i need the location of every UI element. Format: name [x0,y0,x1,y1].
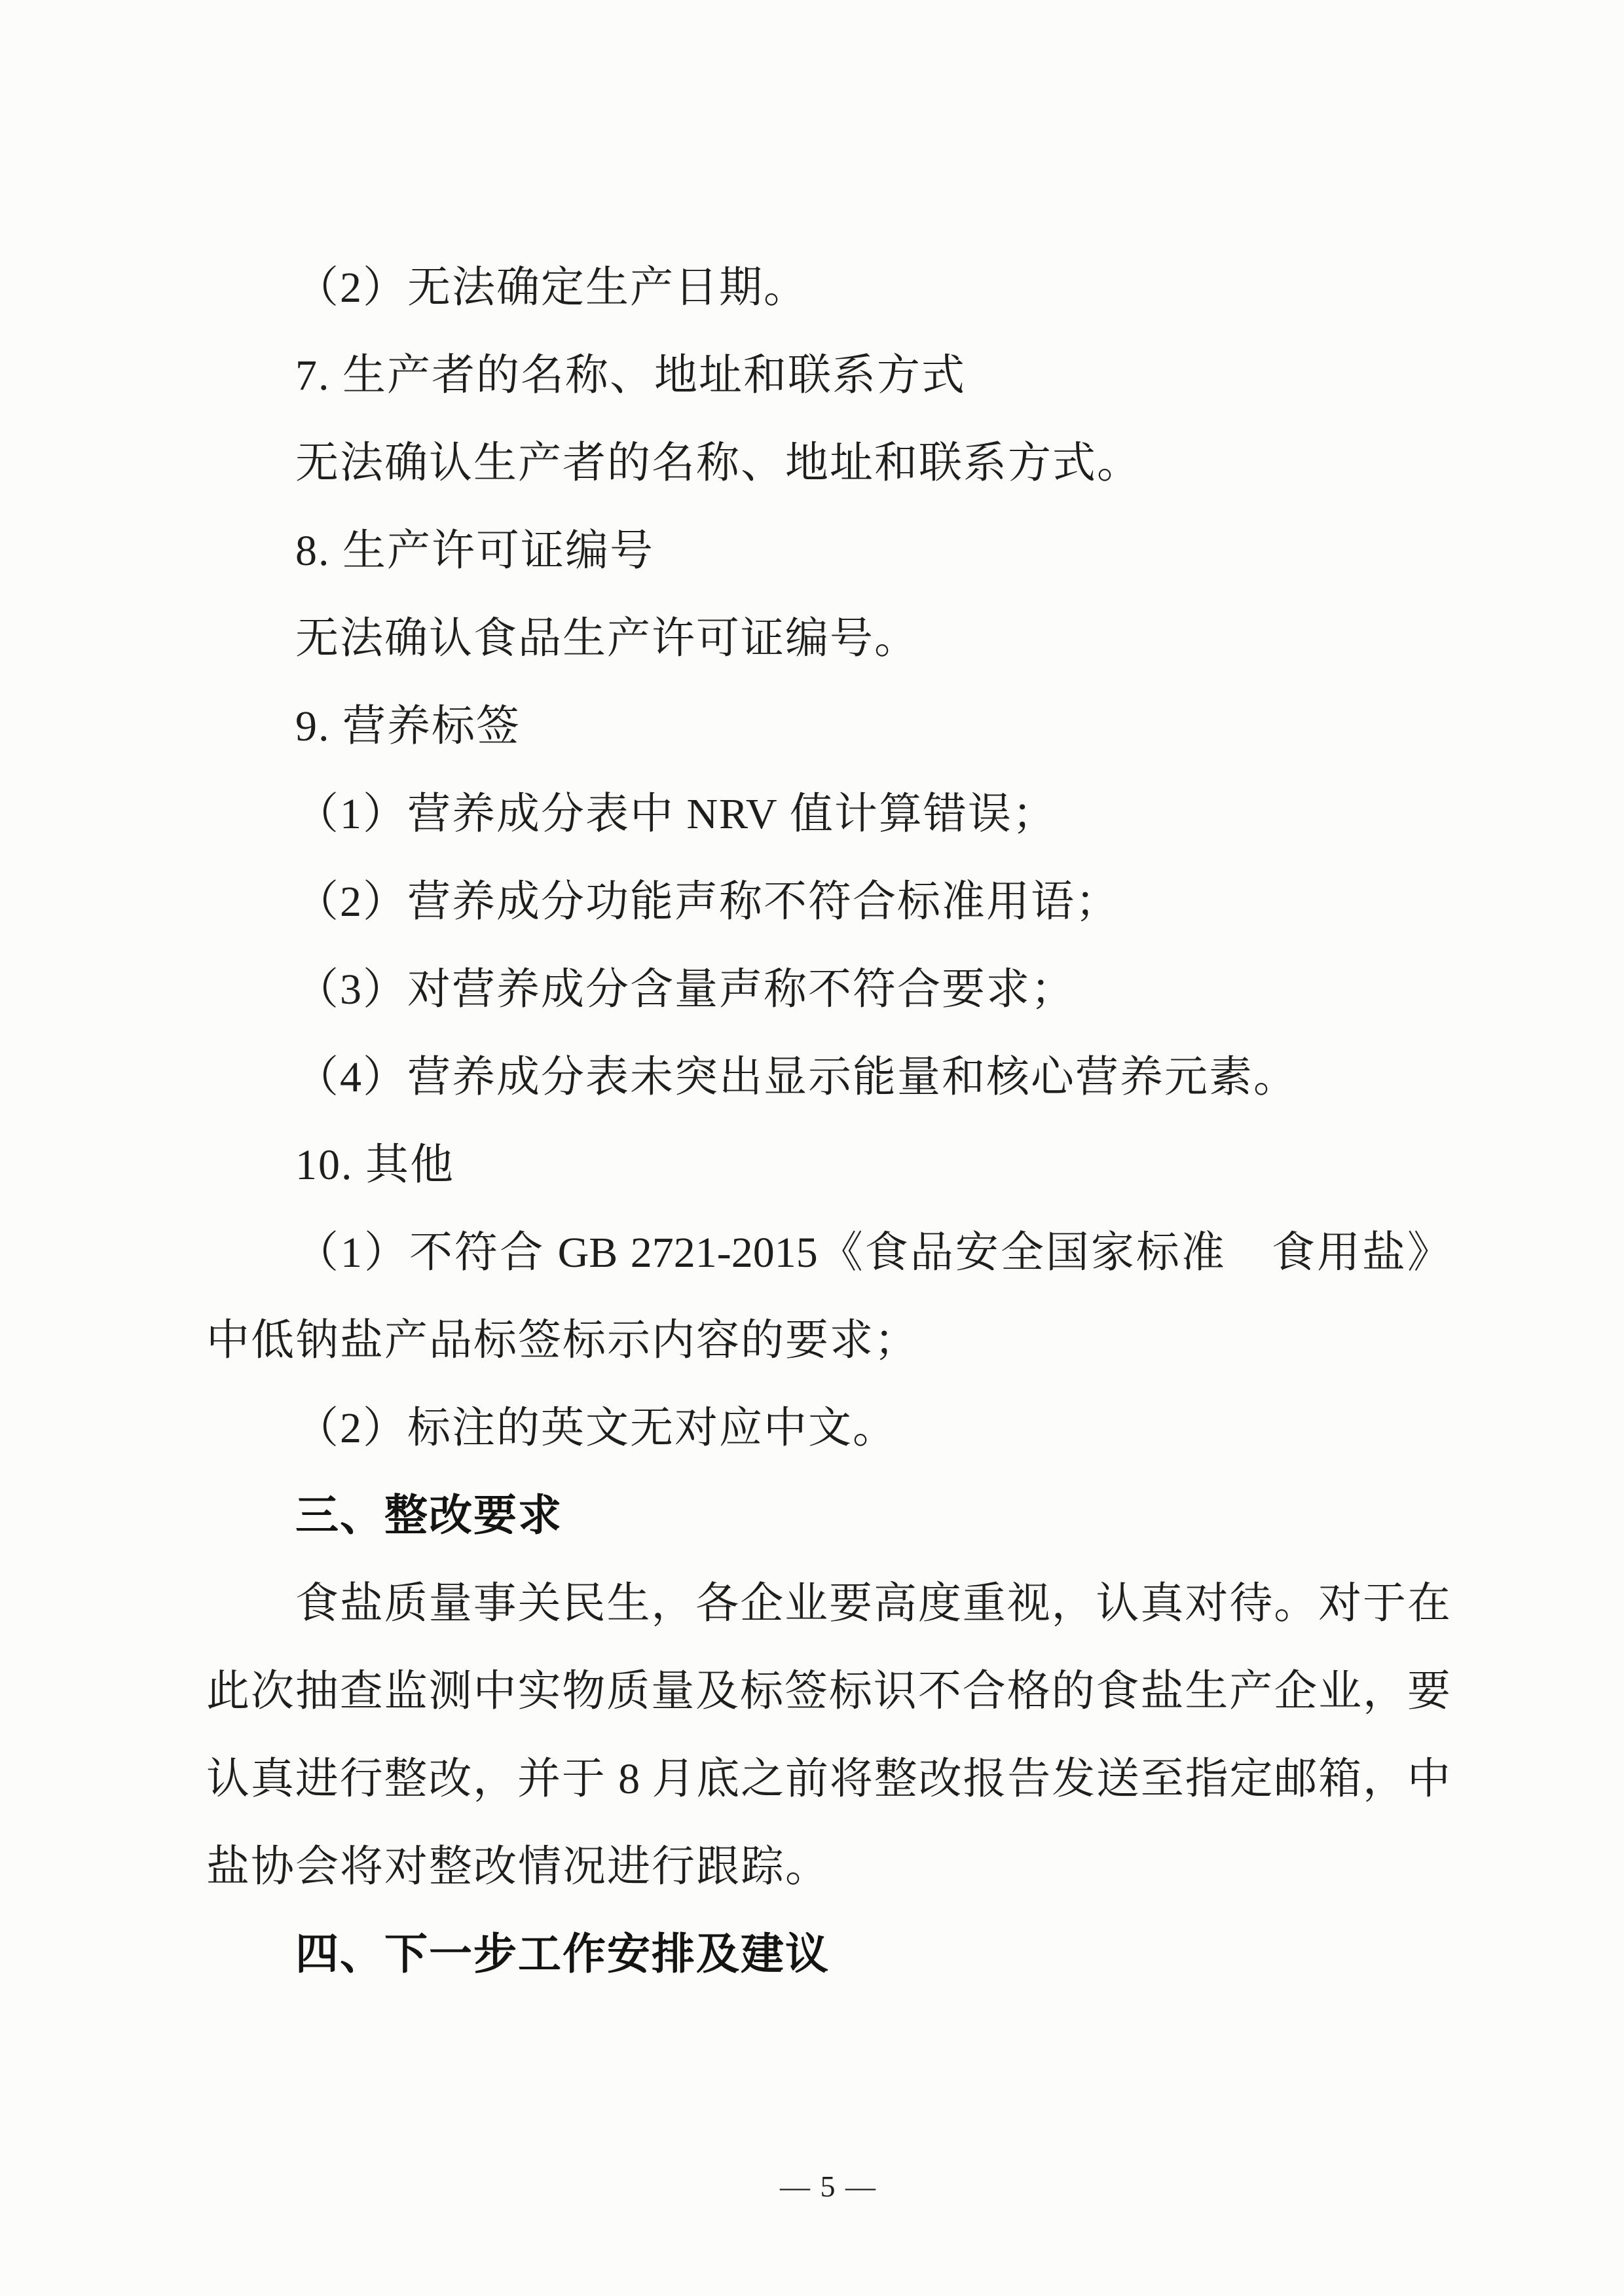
paragraph-line: 无法确认生产者的名称、地址和联系方式。 [206,420,1450,507]
paragraph-line: （1）营养成分表中 NRV 值计算错误； [206,771,1450,858]
paragraph-line: 中低钠盐产品标签标示内容的要求； [206,1297,1450,1385]
paragraph-line: 10. 其他 [206,1121,1450,1209]
paragraph-line: （3）对营养成分含量声称不符合要求； [206,946,1450,1034]
paragraph-line: 食盐质量事关民生，各企业要高度重视，认真对待。对于在 [206,1560,1450,1648]
paragraph-line: 无法确认食品生产许可证编号。 [206,595,1450,683]
section-heading: 四、下一步工作安排及建议 [206,1911,1450,1999]
section-heading: 三、整改要求 [206,1472,1450,1560]
paragraph-line: （2）标注的英文无对应中文。 [206,1385,1450,1472]
paragraph-line: 认真进行整改，并于 8 月底之前将整改报告发送至指定邮箱，中 [206,1736,1450,1823]
paragraph-line: （4）营养成分表未突出显示能量和核心营养元素。 [206,1034,1450,1121]
paragraph-line: （1）不符合 GB 2721-2015《食品安全国家标准 食用盐》 [206,1209,1450,1297]
paragraph-line: 9. 营养标签 [206,683,1450,771]
paragraph-line: （2）无法确定生产日期。 [206,244,1450,332]
paragraph-line: （2）营养成分功能声称不符合标准用语； [206,858,1450,946]
paragraph-line: 7. 生产者的名称、地址和联系方式 [206,332,1450,420]
paragraph-line: 盐协会将对整改情况进行跟踪。 [206,1823,1450,1911]
paragraph-line: 8. 生产许可证编号 [206,507,1450,595]
paragraph-line: 此次抽查监测中实物质量及标签标识不合格的食盐生产企业，要 [206,1648,1450,1736]
document-body: （2）无法确定生产日期。 7. 生产者的名称、地址和联系方式 无法确认生产者的名… [206,244,1450,1999]
page-number: — 5 — [206,2164,1450,2210]
document-page: （2）无法确定生产日期。 7. 生产者的名称、地址和联系方式 无法确认生产者的名… [0,0,1624,2296]
